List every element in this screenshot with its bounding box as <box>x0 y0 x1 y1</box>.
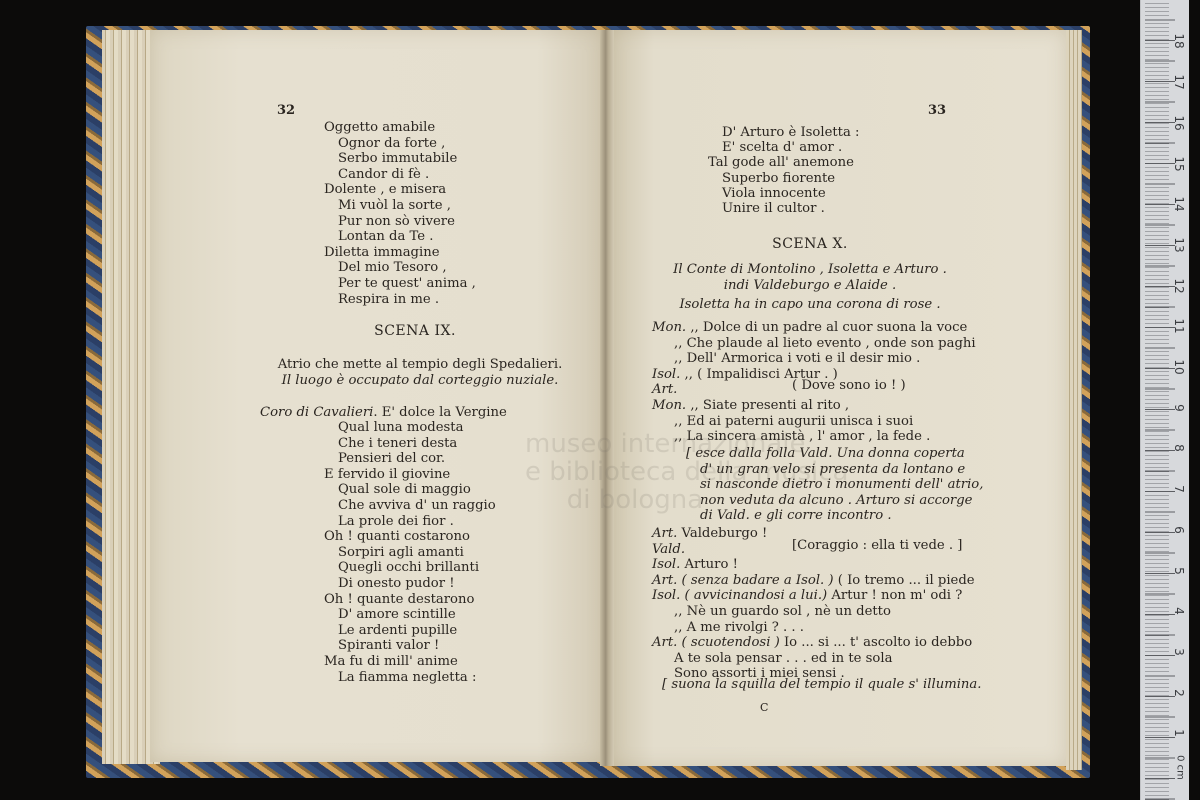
book-gutter <box>600 30 614 766</box>
verse-line: Ognor da forte , <box>324 136 476 152</box>
right-verse-block: D' Arturo è Isoletta :E' scelta d' amor … <box>708 125 859 216</box>
ruler-number: 1 <box>1172 723 1186 743</box>
ruler-number: 16 <box>1172 113 1186 133</box>
dialogue-line: Vald. [Coraggio : ella ti vede . ] <box>652 542 975 558</box>
verse-line: Mi vuòl la sorte , <box>324 198 476 214</box>
stage-note: Isoletta ha in capo una corona di rose . <box>630 297 990 313</box>
stage-direction-line: [ esce dalla folla Vald. Una donna coper… <box>686 446 983 462</box>
aside-text: ( Dove sono io ! ) <box>792 378 906 394</box>
scene-heading-ix: SCENA IX. <box>250 324 580 340</box>
dialogue-text: ,, A me rivolgi ? . . . <box>674 620 804 635</box>
dialogue-line: A te sola pensar . . . ed in te sola <box>652 651 975 667</box>
dialogue-text: ,, Dell' Armorica i voti e il desir mio … <box>674 351 920 366</box>
chorus-first-line: Coro di Cavalieri. E' dolce la Vergine <box>260 405 507 421</box>
dialogue-text: Artur ! non m' odi ? <box>831 588 962 603</box>
verse-line: E' scelta d' amor . <box>708 140 859 155</box>
page-number-right: 33 <box>928 103 946 118</box>
verse-line: Di onesto pudor ! <box>324 576 496 592</box>
speaker-label: Mon. <box>652 320 686 336</box>
verse-line: Che i teneri desta <box>324 436 496 452</box>
scene-characters-2: indi Valdeburgo e Alaide . <box>630 278 990 294</box>
ruler-number: 18 <box>1172 31 1186 51</box>
ruler-number: 5 <box>1172 561 1186 581</box>
speaker-label: Isol. <box>652 588 680 604</box>
ruler-number: 6 <box>1172 520 1186 540</box>
dialogue-line: Art. ( scuotendosi ) Io ... si ... t' as… <box>652 635 975 651</box>
verse-line: Ma fu di mill' anime <box>324 654 496 670</box>
ruler-major-ticks <box>1145 0 1175 800</box>
ruler-number: 13 <box>1172 235 1186 255</box>
dialogue-block-1: Mon. ,, Dolce di un padre al cuor suona … <box>652 320 976 445</box>
stage-direction-line: d' un gran velo si presenta da lontano e <box>686 462 983 478</box>
dialogue-text: ,, La sincera amistà , l' amor , la fede… <box>674 429 930 444</box>
speaker-label: Vald. <box>652 542 685 558</box>
verse-line: Del mio Tesoro , <box>324 260 476 276</box>
ruler-number: 8 <box>1172 438 1186 458</box>
ruler-number: 10 <box>1172 357 1186 377</box>
verse-line: Quegli occhi brillanti <box>324 560 496 576</box>
dialogue-line: ,, Che plaude al lieto evento , onde son… <box>652 336 976 352</box>
verse-line: Oh ! quante destarono <box>324 592 496 608</box>
verse-line: Oh ! quanti costarono <box>324 529 496 545</box>
verse-line: Qual luna modesta <box>324 420 496 436</box>
verse-line: Oggetto amabile <box>324 120 476 136</box>
stage-direction-block: [ esce dalla folla Vald. Una donna coper… <box>686 446 983 524</box>
stage-direction-inline: ( scuotendosi ) <box>682 635 784 650</box>
dialogue-text: ,, Siate presenti al rito , <box>690 398 849 413</box>
verse-line: Pensieri del cor. <box>324 451 496 467</box>
ruler-number: 7 <box>1172 479 1186 499</box>
dialogue-line: Isol. ( avvicinandosi a lui.) Artur ! no… <box>652 588 975 604</box>
dialogue-line: Art. ( senza badare a Isol. ) ( Io tremo… <box>652 573 975 589</box>
ruler-number: 3 <box>1172 642 1186 662</box>
verse-line: D' amore scintille <box>324 607 496 623</box>
verse-line: La fiamma negletta : <box>324 670 496 686</box>
verse-line: Pur non sò vivere <box>324 214 476 230</box>
dialogue-text: ( Io tremo ... il piede <box>838 573 975 588</box>
dialogue-text: ,, Dolce di un padre al cuor suona la vo… <box>690 320 967 335</box>
dialogue-text: Arturo ! <box>685 557 738 572</box>
dialogue-line: Art. ( Dove sono io ! ) <box>652 382 976 398</box>
speaker-label: Art. <box>652 382 677 398</box>
verse-line: . E' dolce la Vergine <box>373 405 506 420</box>
stage-direction-line: di Vald. e gli corre incontro . <box>686 508 983 524</box>
dialogue-text: A te sola pensar . . . ed in te sola <box>674 651 892 666</box>
stage-direction-inline: ( senza badare a Isol. ) <box>682 573 838 588</box>
verse-line: Sorpiri agli amanti <box>324 545 496 561</box>
verse-line: Che avviva d' un raggio <box>324 498 496 514</box>
dialogue-line: ,, Dell' Armorica i voti e il desir mio … <box>652 351 976 367</box>
verse-line: Unire il cultor . <box>708 201 859 216</box>
verse-line: Diletta immagine <box>324 245 476 261</box>
verse-line: Lontan da Te . <box>324 229 476 245</box>
dialogue-line: Isol. Arturo ! <box>652 557 975 573</box>
verse-line: E fervido il giovine <box>324 467 496 483</box>
stage-direction-line: si nasconde dietro i monumenti dell' atr… <box>686 477 983 493</box>
speaker-label: Isol. <box>652 367 680 383</box>
verse-line: Serbo immutabile <box>324 151 476 167</box>
dialogue-text: ,, Ed ai paterni augurii unisca i suoi <box>674 414 913 429</box>
page-number-left: 32 <box>277 103 295 118</box>
dialogue-text: Valdeburgo ! <box>682 526 768 541</box>
stage-direction-line: non veduta da alcuno . Arturo si accorge <box>686 493 983 509</box>
dialogue-text: ,, Nè un guardo sol , nè un detto <box>674 604 891 619</box>
verse-line: Superbo fiorente <box>708 171 859 186</box>
verse-line: La prole dei fior . <box>324 514 496 530</box>
ruler-zero-label: 0 cm <box>1175 751 1186 785</box>
dialogue-text: ,, Che plaude al lieto evento , onde son… <box>674 336 976 351</box>
speaker-label: Isol. <box>652 557 680 573</box>
scene-characters-1: Il Conte di Montolino , Isoletta e Artur… <box>630 262 990 278</box>
verse-line: D' Arturo è Isoletta : <box>708 125 859 140</box>
speaker-label: Coro di Cavalieri <box>260 405 373 420</box>
dialogue-block-2: Art. Valdeburgo !Vald. [Coraggio : ella … <box>652 526 975 682</box>
verse-line: Tal gode all' anemone <box>708 155 859 170</box>
verse-line: Respira in me . <box>324 292 476 308</box>
ruler-number: 11 <box>1172 316 1186 336</box>
aside-text: [Coraggio : ella ti vede . ] <box>792 538 962 554</box>
dialogue-text: Io ... si ... t' ascolto io debbo <box>784 635 972 650</box>
speaker-label: Mon. <box>652 398 686 414</box>
signature-mark: C <box>760 700 768 716</box>
verse-line: Per te quest' anima , <box>324 276 476 292</box>
verse-line: Le ardenti pupille <box>324 623 496 639</box>
ruler-number: 17 <box>1172 72 1186 92</box>
page-edges-right <box>1066 30 1082 770</box>
verse-line: Spiranti valor ! <box>324 638 496 654</box>
stage-direction-inline: ( avvicinandosi a lui.) <box>685 588 832 603</box>
ruler-number: 15 <box>1172 154 1186 174</box>
scene-setting: Atrio che mette al tempio degli Spedalie… <box>250 357 590 373</box>
verse-line: Qual sole di maggio <box>324 482 496 498</box>
ruler-number: 9 <box>1172 398 1186 418</box>
dialogue-line: ,, Nè un guardo sol , nè un detto <box>652 604 975 620</box>
ruler-number: 4 <box>1172 601 1186 621</box>
dialogue-line: ,, Ed ai paterni augurii unisca i suoi <box>652 414 976 430</box>
dialogue-line: ,, La sincera amistà , l' amor , la fede… <box>652 429 976 445</box>
speaker-label: Art. <box>652 635 677 651</box>
left-verse-block: Oggetto amabileOgnor da forte ,Serbo imm… <box>324 120 476 307</box>
verse-line: Candor di fè . <box>324 167 476 183</box>
ruler-number: 14 <box>1172 194 1186 214</box>
scene-setting-italic: Il luogo è occupato dal corteggio nuzial… <box>250 373 590 389</box>
dialogue-line: Mon. ,, Dolce di un padre al cuor suona … <box>652 320 976 336</box>
scene-heading-x: SCENA X. <box>640 237 980 253</box>
ruler-number: 12 <box>1172 276 1186 296</box>
closing-stage-direction: [ suona la squilla del tempio il quale s… <box>662 677 981 693</box>
chorus-verse-block: Qual luna modestaChe i teneri destaPensi… <box>324 420 496 685</box>
dialogue-line: ,, A me rivolgi ? . . . <box>652 620 975 636</box>
dialogue-line: Mon. ,, Siate presenti al rito , <box>652 398 976 414</box>
speaker-label: Art. <box>652 526 677 542</box>
verse-line: Dolente , e misera <box>324 182 476 198</box>
measurement-ruler: 0 cm123456789101112131415161718 <box>1140 0 1189 800</box>
verse-line: Viola innocente <box>708 186 859 201</box>
speaker-label: Art. <box>652 573 677 589</box>
ruler-number: 2 <box>1172 683 1186 703</box>
